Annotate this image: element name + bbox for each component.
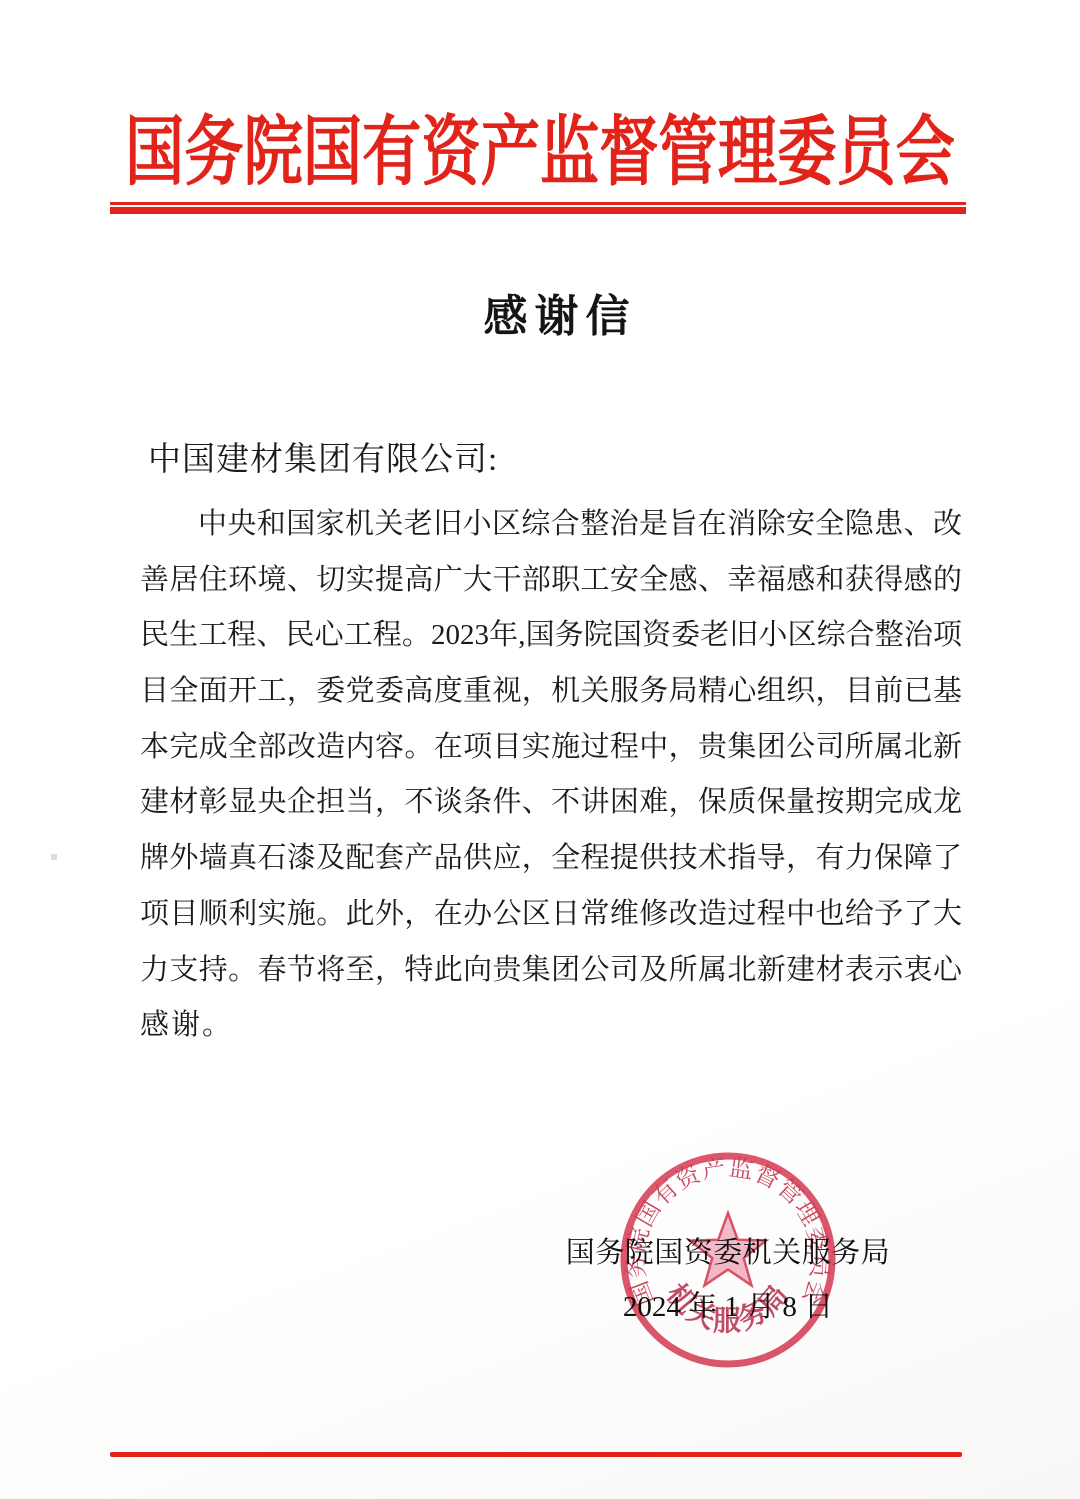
letterhead-org-name: 国务院国有资产监督管理委员会 [0, 106, 1080, 200]
letterhead-rule-thick [110, 207, 966, 214]
letterhead-double-rule [110, 202, 966, 214]
body-line: 民生工程、民心工程。2023年,国务院国资委老旧小区综合整治项 [140, 608, 962, 664]
scan-artifact-dot [51, 854, 57, 860]
salutation: 中国建材集团有限公司: [148, 436, 498, 484]
body-line: 牌外墙真石漆及配套产品供应，全程提供技术指导，有力保障了 [140, 831, 962, 887]
body-line: 项目顺利实施。此外，在办公区日常维修改造过程中也给予了大 [140, 887, 962, 943]
body-line: 中央和国家机关老旧小区综合整治是旨在消除安全隐患、改 [140, 497, 962, 553]
letter-title: 感谢信 [0, 288, 1080, 346]
letterhead-org-name-text: 国务院国有资产监督管理委员会 [125, 106, 955, 200]
body-line: 本完成全部改造内容。在项目实施过程中，贵集团公司所属北新 [140, 720, 962, 776]
letter-body: 中央和国家机关老旧小区综合整治是旨在消除安全隐患、改 善居住环境、切实提高广大干… [140, 497, 962, 1054]
body-line: 善居住环境、切实提高广大干部职工安全感、幸福感和获得感的 [140, 553, 962, 609]
footer-rule [110, 1452, 962, 1457]
body-line: 感谢。 [140, 998, 962, 1054]
letter-page: 国务院国有资产监督管理委员会 感谢信 中国建材集团有限公司: 中央和国家机关老旧… [0, 0, 1080, 1499]
seal-bottom-text: 机关服务局 [660, 1278, 796, 1337]
body-line: 力支持。春节将至，特此向贵集团公司及所属北新建材表示衷心 [140, 943, 962, 999]
star-icon [690, 1213, 766, 1285]
official-seal: 国务院国有资产监督管理委员会 机关服务局 [617, 1149, 839, 1371]
body-line: 建材彰显央企担当，不谈条件、不讲困难，保质保量按期完成龙 [140, 775, 962, 831]
body-line: 目全面开工，委党委高度重视，机关服务局精心组织，目前已基 [140, 664, 962, 720]
svg-text:机关服务局: 机关服务局 [660, 1278, 796, 1337]
